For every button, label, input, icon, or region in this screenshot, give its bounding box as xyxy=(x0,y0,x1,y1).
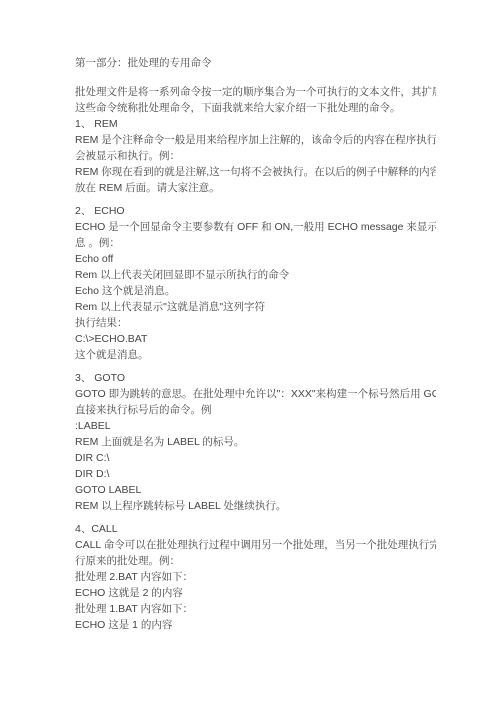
doc-line: 直接来执行标号后的命令。例 xyxy=(75,402,436,418)
document-page: 第一部分：批处理的专用命令 批处理文件是将一系列命令按一定的顺序集合为一个可执行… xyxy=(0,0,496,702)
section-heading: 1、 REM xyxy=(75,116,436,132)
intro-line: 批处理文件是将一系列命令按一定的顺序集合为一个可执行的文本文件，其扩展名为 BA… xyxy=(75,84,436,100)
doc-line: Echo 这个就是消息。 xyxy=(75,283,436,299)
doc-line: 息 。例： xyxy=(75,235,436,251)
doc-line: REM 上面就是名为 LABEL 的标号。 xyxy=(75,434,436,450)
doc-line: Echo off xyxy=(75,251,436,267)
doc-line: ECHO 这是 1 的内容 xyxy=(75,617,436,633)
doc-line: ECHO 这就是 2 的内容 xyxy=(75,585,436,601)
section-call: 4、CALL CALL 命令可以在批处理执行过程中调用另一个批处理，当另一个批处… xyxy=(75,521,436,633)
doc-line: GOTO LABEL xyxy=(75,482,436,498)
doc-line: Rem 以上代表关闭回显即不显示所执行的命令 xyxy=(75,267,436,283)
doc-line: DIR D:\ xyxy=(75,466,436,482)
doc-line: 批处理 2.BAT 内容如下： xyxy=(75,569,436,585)
section-heading: 3、 GOTO xyxy=(75,370,436,386)
doc-line: REM 是个注释命令一般是用来给程序加上注解的，该命令后的内容在程序执行的时候将… xyxy=(75,132,436,148)
doc-line: REM 你现在看到的就是注解,这一句将不会被执行。在以后的例子中解释的内容都 R… xyxy=(75,164,436,180)
doc-line: ECHO 是一个回显命令主要参数有 OFF 和 ON,一般用 ECHO mess… xyxy=(75,219,436,235)
section-heading: 2、 ECHO xyxy=(75,203,436,219)
section-echo: 2、 ECHO ECHO 是一个回显命令主要参数有 OFF 和 ON,一般用 E… xyxy=(75,203,436,363)
doc-line: GOTO 即为跳转的意思。在批处理中允许以"：XXX"来构建一个标号然后用 GO… xyxy=(75,386,436,402)
section-goto: 3、 GOTO GOTO 即为跳转的意思。在批处理中允许以"：XXX"来构建一个… xyxy=(75,370,436,514)
doc-line: 行原来的批处理。例： xyxy=(75,553,436,569)
part-title: 第一部分：批处理的专用命令 xyxy=(75,55,436,71)
doc-line: 这个就是消息。 xyxy=(75,347,436,363)
doc-line: DIR C:\ xyxy=(75,450,436,466)
doc-line: CALL 命令可以在批处理执行过程中调用另一个批处理，当另一个批处理执行完后再继… xyxy=(75,537,436,553)
section-heading: 4、CALL xyxy=(75,521,436,537)
doc-line: 放在 REM 后面。请大家注意。 xyxy=(75,180,436,196)
doc-line: 执行结果： xyxy=(75,315,436,331)
section-rem: 1、 REM REM 是个注释命令一般是用来给程序加上注解的，该命令后的内容在程… xyxy=(75,116,436,196)
doc-line: :LABEL xyxy=(75,418,436,434)
doc-line: 会被显示和执行。例： xyxy=(75,148,436,164)
doc-line: C:\>ECHO.BAT xyxy=(75,331,436,347)
doc-line: REM 以上程序跳转标号 LABEL 处继续执行。 xyxy=(75,498,436,514)
intro-line: 这些命令统称批处理命令，下面我就来给大家介绍一下批处理的命令。 xyxy=(75,100,436,116)
doc-line: Rem 以上代表显示"这就是消息"这列字符 xyxy=(75,299,436,315)
doc-line: 批处理 1.BAT 内容如下： xyxy=(75,601,436,617)
